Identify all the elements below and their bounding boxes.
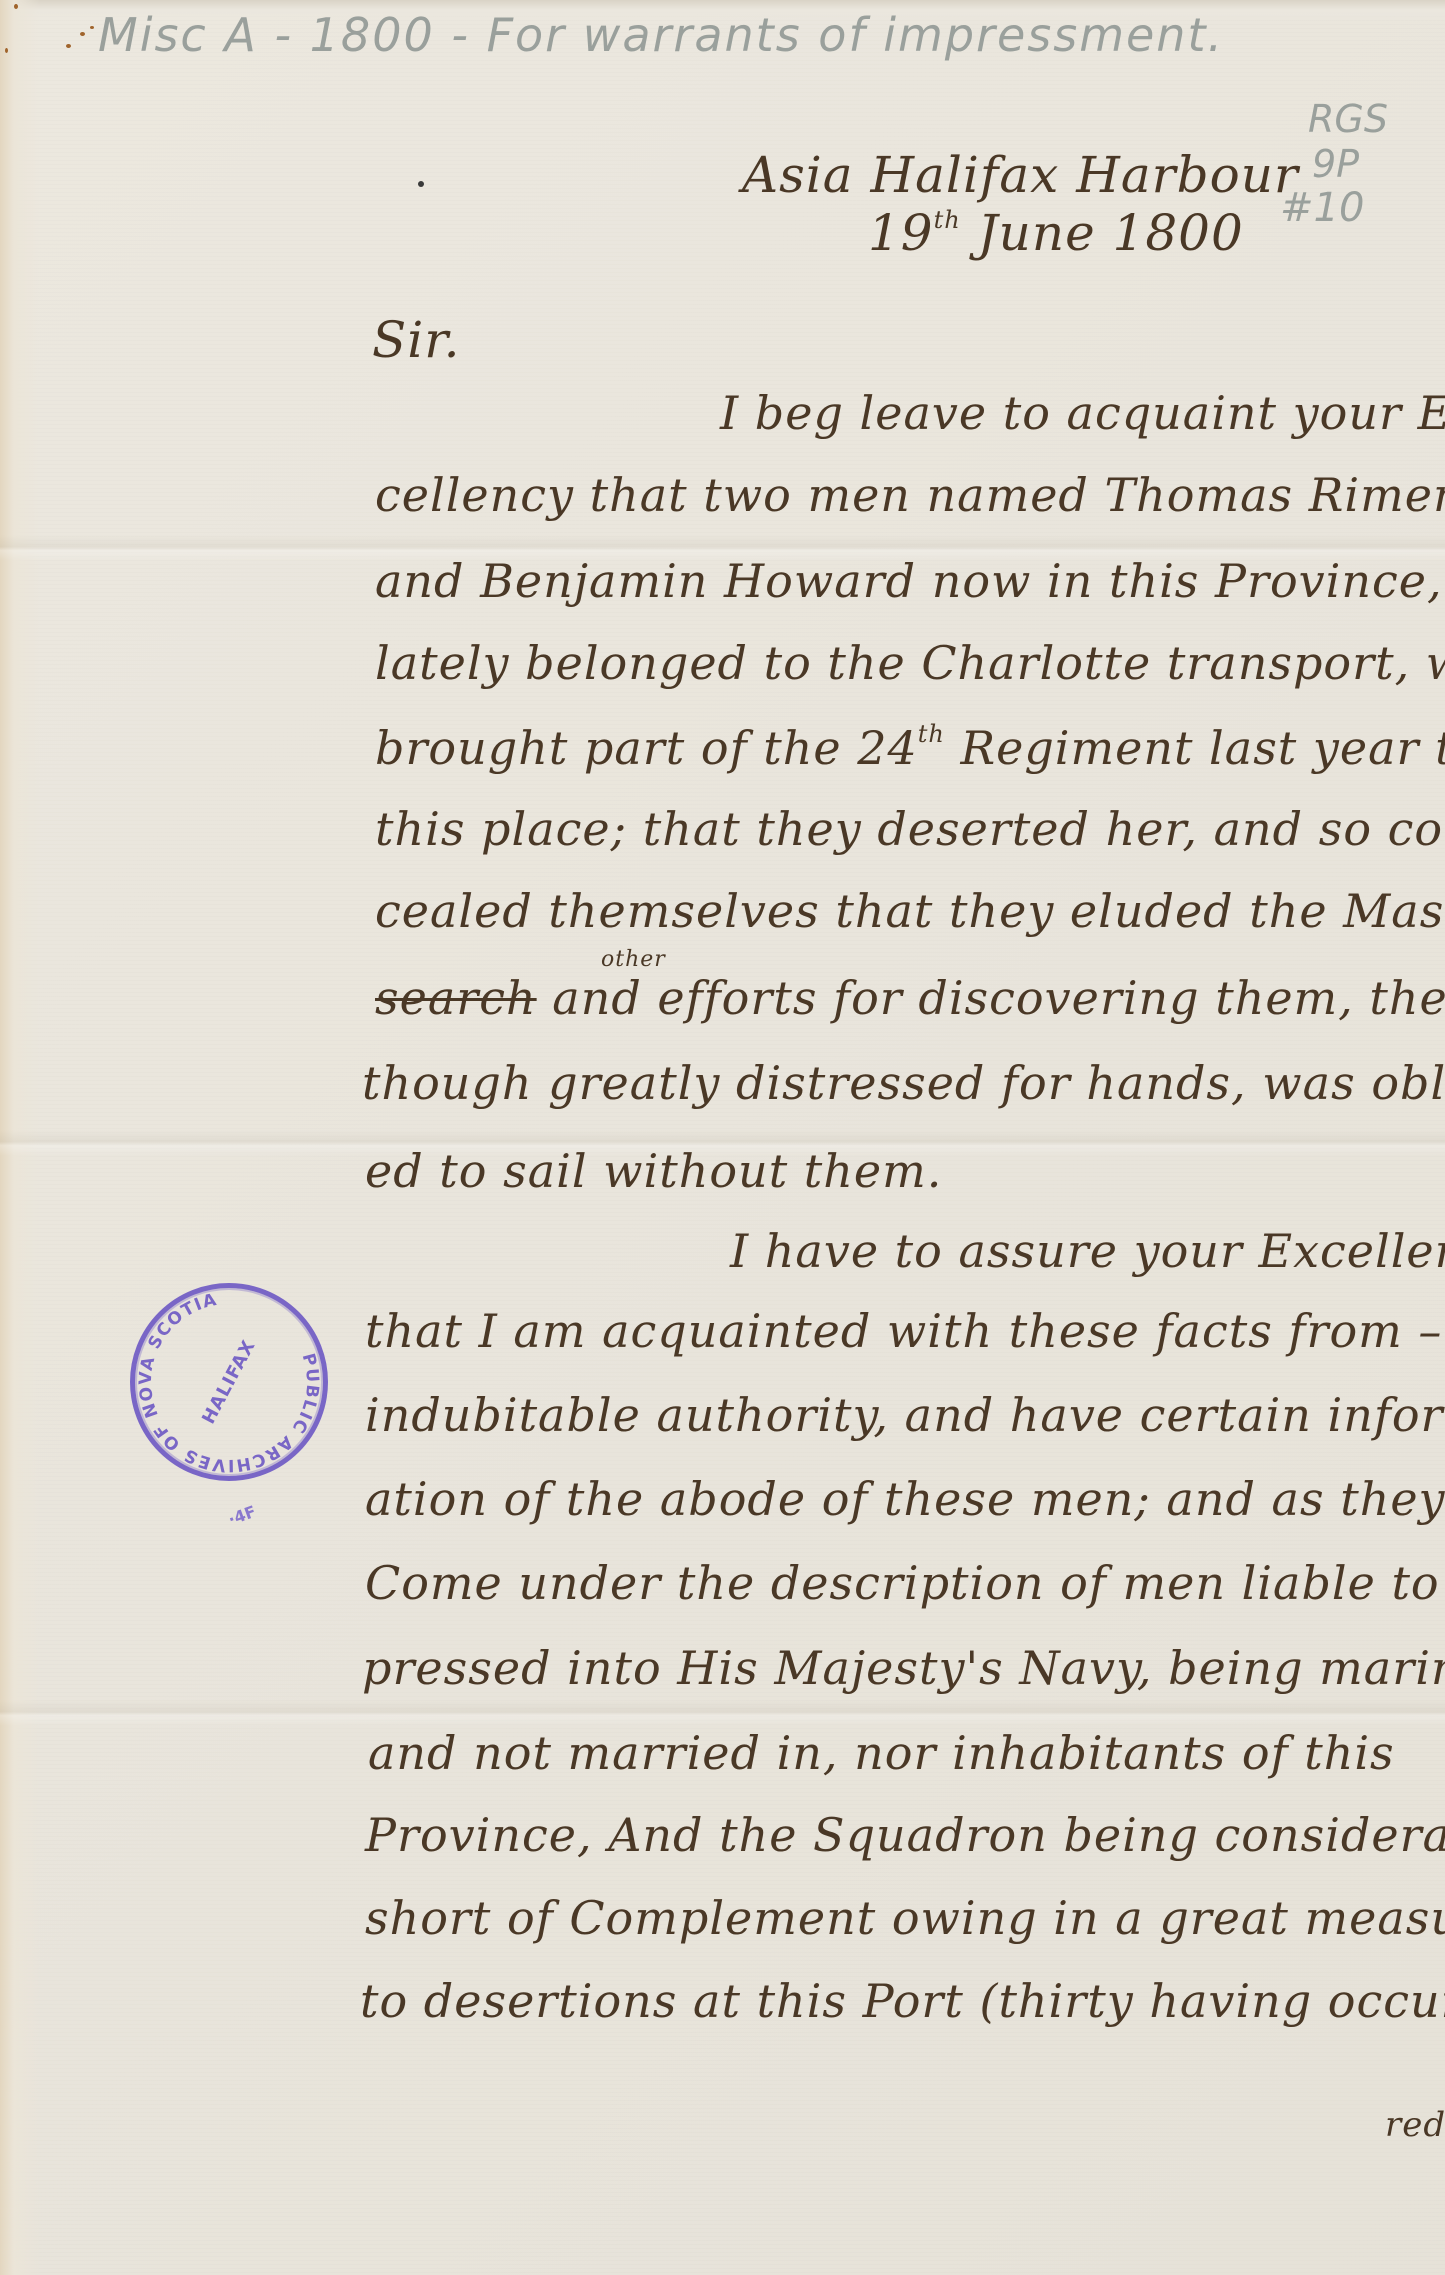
body-line: that I am acquainted with these facts fr… [365, 1308, 1442, 1354]
body-line: cealed themselves that they eluded the M… [375, 888, 1445, 934]
body-line: Come under the description of men liable… [365, 1560, 1445, 1606]
archive-stamp: PUBLIC ARCHIVES OF NOVA SCOTIA HALIFAX [130, 1283, 328, 1481]
body-line: pressed into His Majesty's Navy, being m… [362, 1645, 1445, 1691]
body-line: and Benjamin Howard now in this Province… [375, 558, 1443, 604]
letter-date: 19th June 1800 [868, 208, 1244, 258]
salutation: Sir. [372, 315, 461, 365]
ink-speck [90, 26, 94, 29]
body-line: I beg leave to acquaint your Ex- [720, 390, 1445, 436]
letter-page: Misc A - 1800 - For warrants of impressm… [0, 0, 1445, 2275]
ink-speck [66, 44, 71, 48]
body-line: indubitable authority, and have certain … [365, 1392, 1445, 1438]
body-line: this place; that they deserted her, and … [375, 806, 1445, 852]
body-text: and [552, 971, 642, 1025]
body-line: though greatly distressed for hands, was… [362, 1060, 1445, 1106]
body-text: efforts for discovering them, the Vessel… [657, 971, 1445, 1025]
struck-word: search [375, 971, 537, 1025]
ink-speck [14, 4, 18, 9]
body-line: brought part of the 24th Regiment last y… [375, 722, 1445, 771]
body-line: and not married in, nor inhabitants of t… [368, 1730, 1395, 1776]
body-line: search and other efforts for discovering… [375, 975, 1445, 1021]
body-line: cellency that two men named Thomas Rimer [375, 472, 1445, 518]
letter-place: Asia Halifax Harbour [742, 150, 1299, 200]
date-suffix: th [934, 206, 961, 234]
body-line: to desertions at this Port (thirty havin… [360, 1978, 1445, 2024]
fold-line [0, 1700, 1445, 1726]
body-line: lately belonged to the Charlotte transpo… [375, 640, 1445, 686]
ordinal-suffix: th [918, 720, 945, 748]
ink-speck [80, 32, 85, 36]
inserted-word: other [601, 949, 666, 971]
body-line: Province, And the Squadron being conside… [365, 1812, 1445, 1858]
body-text: brought part of the 24 [375, 721, 918, 775]
archival-reference-rgs: RGS [1308, 100, 1388, 138]
date-month-year: June 1800 [961, 204, 1244, 262]
archival-header-note: Misc A - 1800 - For warrants of impressm… [98, 12, 1224, 58]
stamp-mark: ·4F [226, 1502, 259, 1529]
body-line: ation of the abode of these men; and as … [365, 1476, 1445, 1522]
body-line: I have to assure your Excellency [730, 1228, 1445, 1274]
body-text: Regiment last year to [945, 721, 1445, 775]
ink-speck [5, 48, 8, 53]
archival-reference-9p: 9P [1312, 145, 1359, 183]
catchword: red. [1385, 2108, 1445, 2142]
ink-speck [418, 181, 424, 187]
body-line: short of Complement owing in a great mea… [365, 1895, 1445, 1941]
date-day: 19 [868, 204, 934, 262]
body-line: ed to sail without them. [365, 1148, 942, 1194]
